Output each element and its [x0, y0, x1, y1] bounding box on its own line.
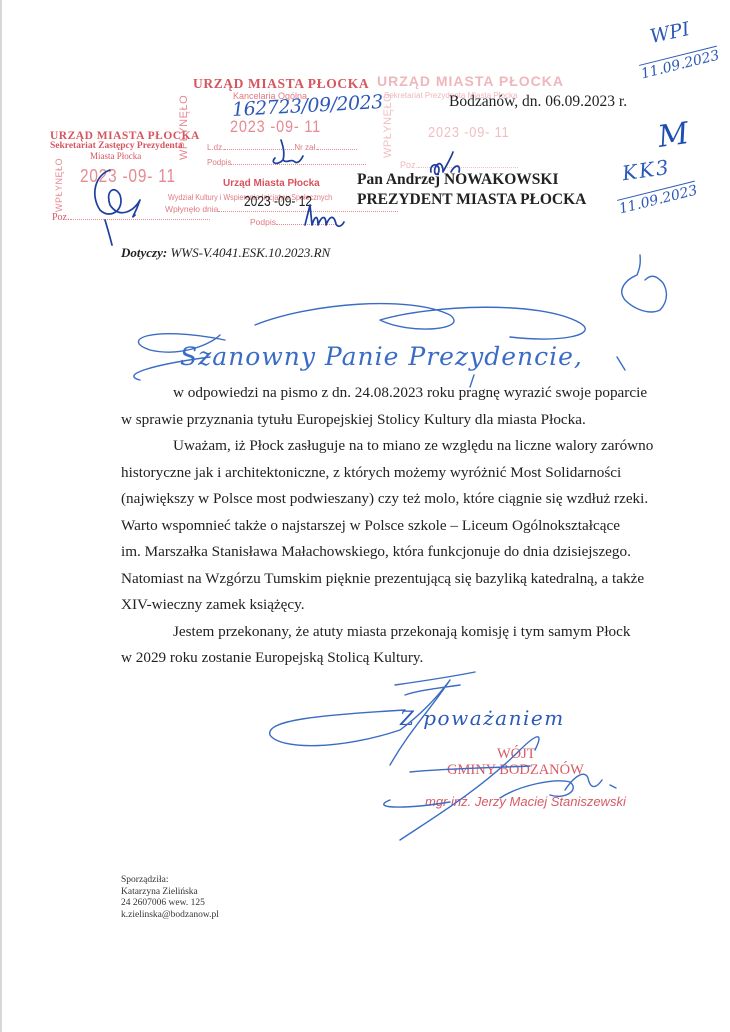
prepared-by-phone: 24 2607006 wew. 125: [121, 898, 219, 910]
annotation-top-date: 11.09.2023: [639, 46, 721, 83]
recipient-title: PREZYDENT MIASTA PŁOCKA: [357, 190, 586, 210]
reference-label: Dotyczy:: [121, 245, 167, 260]
place-date: Bodzanów, dn. 06.09.2023 r.: [449, 93, 627, 111]
ink-initials-president: [425, 150, 465, 180]
paragraph-3: Jestem przekonany, że atuty miasta przek…: [121, 619, 641, 672]
ink-signature-deputy: [80, 165, 160, 245]
paragraph-1: w odpowiedzi na pismo z dn. 24.08.2023 r…: [121, 380, 641, 433]
letter-body: w odpowiedzi na pismo z dn. 24.08.2023 r…: [121, 380, 641, 672]
prepared-by-email[interactable]: k.zielinska@bodzanow.pl: [121, 910, 219, 922]
prepared-by-name: Katarzyna Zielińska: [121, 887, 219, 899]
stamp-org: Urząd Miasta Płocka: [223, 178, 320, 189]
recipient-block: Pan Andrzej NOWAKOWSKI PREZYDENT MIASTA …: [357, 170, 586, 210]
prepared-by-label: Sporządziła:: [121, 875, 219, 887]
page-scan-edge: [0, 0, 2, 1032]
salutation-flourish: [110, 295, 630, 385]
annotation-kh-date: 11.09.2023: [617, 181, 699, 218]
paragraph-2: Uważam, iż Płock zasługuje na to miano z…: [121, 433, 641, 619]
ink-initials-chancellery: [265, 138, 305, 168]
stamp-dept-line1: Sekretariat Zastępcy Prezydenta: [50, 141, 183, 151]
annotation-initials: M: [656, 116, 691, 155]
annotation-kh-code: KK3: [621, 155, 672, 186]
stamp-org: URZĄD MIASTA PŁOCKA: [377, 73, 564, 89]
recipient-name: Pan Andrzej NOWAKOWSKI: [357, 170, 586, 190]
heart-doodle: [615, 245, 675, 315]
signatory-signature: [370, 730, 650, 840]
stamp-received-vertical: WPŁYNĘŁO: [382, 93, 394, 158]
stamp-date: 2023 -09- 11: [428, 124, 510, 141]
prepared-by-block: Sporządziła: Katarzyna Zielińska 24 2607…: [121, 875, 219, 921]
stamp-org: URZĄD MIASTA PŁOCKA: [193, 76, 369, 92]
reference-value: WWS-V.4041.ESK.10.2023.RN: [170, 245, 330, 260]
reference-line: Dotyczy: WWS-V.4041.ESK.10.2023.RN: [121, 245, 330, 261]
ink-initials-culture: [300, 200, 345, 230]
stamp-dept-line2: Miasta Płocka: [90, 151, 141, 161]
stamp-received-vertical: WPŁYNĘŁO: [54, 158, 64, 212]
annotation-top-code: WPI: [648, 18, 692, 48]
